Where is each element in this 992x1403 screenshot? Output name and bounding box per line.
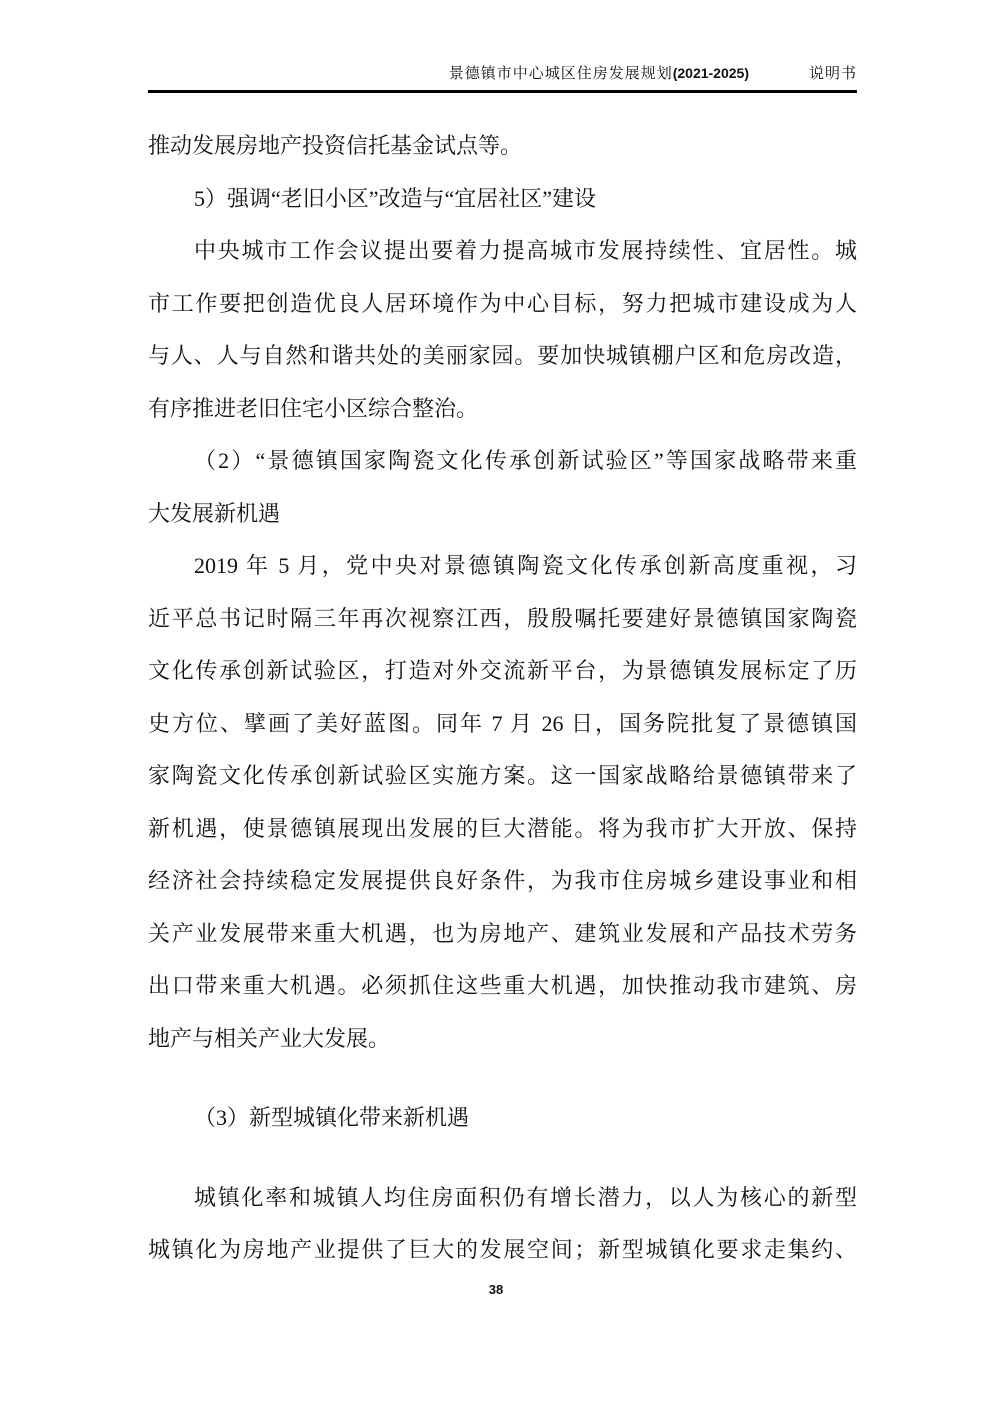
- header-title-text: 景德镇市中心城区住房发展规划: [449, 66, 673, 82]
- text-line: 地产与相关产业大发展。: [148, 1013, 857, 1066]
- page-header: 景德镇市中心城区住房发展规划(2021-2025) 说明书: [148, 62, 857, 93]
- text-line: （3）新型城镇化带来新机遇: [148, 1092, 857, 1145]
- text-line: 文化传承创新试验区，打造对外交流新平台，为景德镇发展标定了历: [148, 645, 857, 698]
- text-line: 大发展新机遇: [148, 488, 857, 541]
- header-doc-type: 说明书: [809, 62, 857, 83]
- text-line: 市工作要把创造优良人居环境作为中心目标，努力把城市建设成为人: [148, 278, 857, 331]
- document-page: 景德镇市中心城区住房发展规划(2021-2025) 说明书 推动发展房地产投资信…: [0, 0, 992, 1403]
- text-line: （2）“景德镇国家陶瓷文化传承创新试验区”等国家战略带来重: [148, 435, 857, 488]
- header-title: 景德镇市中心城区住房发展规划(2021-2025): [449, 62, 749, 83]
- text-line: 史方位、擘画了美好蓝图。同年 7 月 26 日，国务院批复了景德镇国: [148, 698, 857, 751]
- text-line: 关产业发展带来重大机遇，也为房地产、建筑业发展和产品技术劳务: [148, 908, 857, 961]
- text-line: 经济社会持续稳定发展提供良好条件，为我市住房城乡建设事业和相: [148, 855, 857, 908]
- text-line: 新机遇，使景德镇展现出发展的巨大潜能。将为我市扩大开放、保持: [148, 803, 857, 856]
- text-line: 城镇化率和城镇人均住房面积仍有增长潜力，以人为核心的新型: [148, 1172, 857, 1225]
- text-line: 5）强调“老旧小区”改造与“宜居社区”建设: [148, 173, 857, 226]
- text-line: 2019 年 5 月，党中央对景德镇陶瓷文化传承创新高度重视，习: [148, 540, 857, 593]
- text-line: 中央城市工作会议提出要着力提高城市发展持续性、宜居性。城: [148, 225, 857, 278]
- text-line: 有序推进老旧住宅小区综合整治。: [148, 383, 857, 436]
- text-line: 与人、人与自然和谐共处的美丽家园。要加快城镇棚户区和危房改造，: [148, 330, 857, 383]
- text-line: 近平总书记时隔三年再次视察江西，殷殷嘱托要建好景德镇国家陶瓷: [148, 593, 857, 646]
- page-number: 38: [0, 1278, 992, 1302]
- document-body: 推动发展房地产投资信托基金试点等。5）强调“老旧小区”改造与“宜居社区”建设中央…: [148, 120, 857, 1277]
- text-line: 推动发展房地产投资信托基金试点等。: [148, 120, 857, 173]
- text-line: 出口带来重大机遇。必须抓住这些重大机遇，加快推动我市建筑、房: [148, 960, 857, 1013]
- text-line: 城镇化为房地产业提供了巨大的发展空间；新型城镇化要求走集约、: [148, 1224, 857, 1277]
- header-title-years: (2021-2025): [673, 65, 749, 81]
- text-line: 家陶瓷文化传承创新试验区实施方案。这一国家战略给景德镇带来了: [148, 750, 857, 803]
